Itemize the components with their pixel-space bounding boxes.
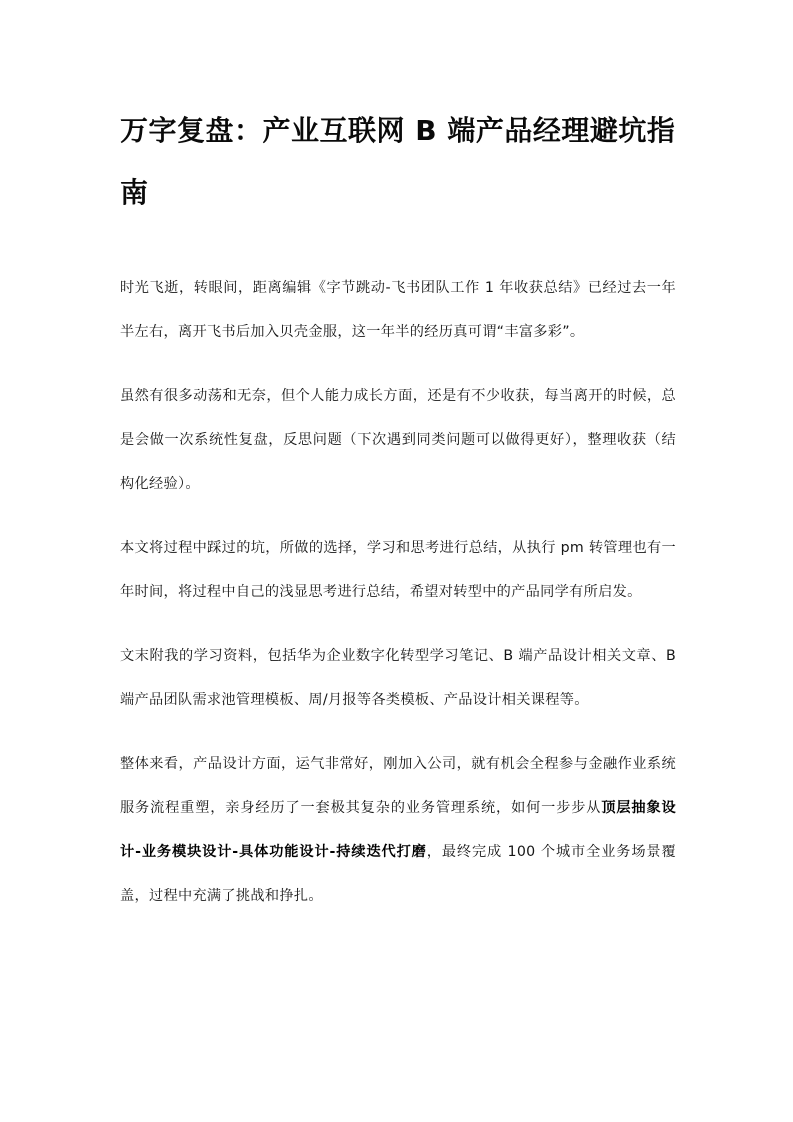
document-title: 万字复盘：产业互联网 B 端产品经理避坑指南	[120, 100, 676, 224]
paragraph-overview: 整体来看，产品设计方面，运气非常好，刚加入公司，就有机会全程参与金融作业系统服务…	[120, 742, 676, 918]
overview-text-before: 整体来看，产品设计方面，运气非常好，刚加入公司，就有机会全程参与金融作业系统服务…	[120, 756, 676, 816]
paragraph-purpose: 本文将过程中踩过的坑，所做的选择，学习和思考进行总结，从执行 pm 转管理也有一…	[120, 526, 676, 614]
paragraph-intro: 时光飞逝，转眼间，距离编辑《字节跳动-飞书团队工作 1 年收获总结》已经过去一年…	[120, 266, 676, 354]
paragraph-reflection: 虽然有很多动荡和无奈，但个人能力成长方面，还是有不少收获，每当离开的时候，总是会…	[120, 374, 676, 506]
paragraph-resources: 文末附我的学习资料，包括华为企业数字化转型学习笔记、B 端产品设计相关文章、B …	[120, 634, 676, 722]
document-body: 时光飞逝，转眼间，距离编辑《字节跳动-飞书团队工作 1 年收获总结》已经过去一年…	[120, 266, 676, 918]
document-page: 万字复盘：产业互联网 B 端产品经理避坑指南 时光飞逝，转眼间，距离编辑《字节跳…	[120, 100, 676, 938]
